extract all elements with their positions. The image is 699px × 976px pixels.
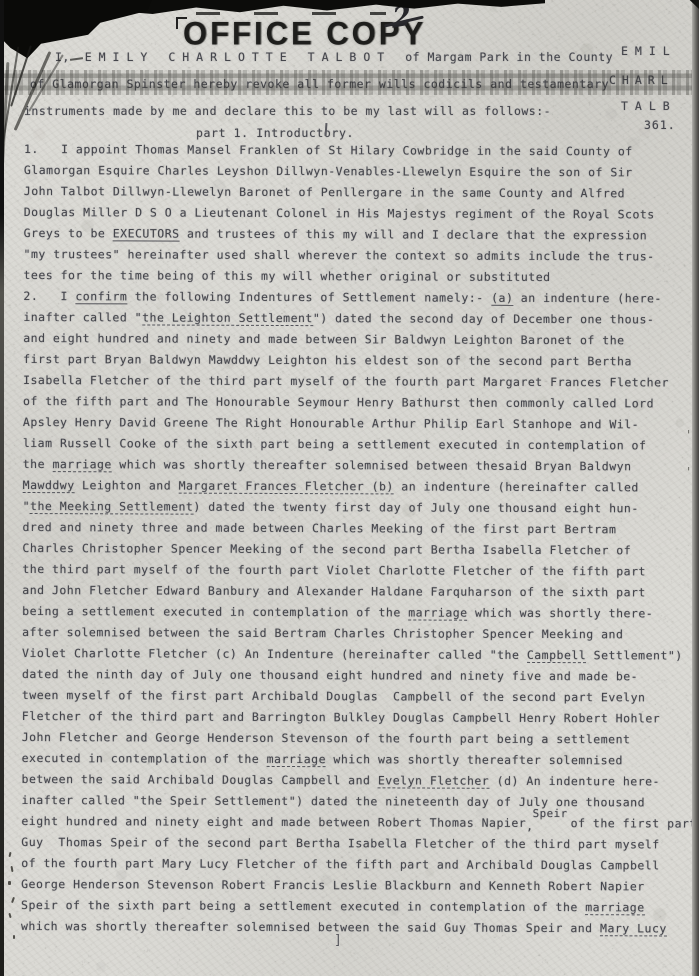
body-line: Apsley Henry David Greene The Right Hono… bbox=[23, 415, 699, 439]
body-line: first part Bryan Baldwyn Mawddwy Leighto… bbox=[23, 352, 699, 376]
testator-name-word: TALBOT bbox=[308, 50, 392, 64]
text-segment: first part Bryan Baldwyn Mawddwy Leighto… bbox=[23, 352, 632, 368]
text-segment: Violet Charlotte Fletcher (c) An Indentu… bbox=[22, 646, 527, 662]
part-1-heading: part 1. Introductory. bbox=[196, 126, 354, 140]
body-line: executed in contemplation of the marriag… bbox=[22, 751, 698, 775]
underlined-text: Campbell bbox=[527, 648, 586, 663]
body-line: "my trustees" hereinafter used shall whe… bbox=[24, 247, 699, 271]
body-line: which was shortly thereafter solemnised … bbox=[21, 919, 697, 943]
text-segment: ") dated the second day of December one … bbox=[313, 311, 655, 326]
underlined-text: Margaret Frances Fletcher (b) bbox=[179, 479, 394, 495]
text-segment: tween myself of the first part Archibald… bbox=[22, 688, 646, 704]
right-edge-scan-border bbox=[692, 0, 699, 976]
margin-tick-artifact bbox=[11, 897, 15, 903]
text-segment: "my trustees" hereinafter used shall whe… bbox=[24, 247, 655, 263]
body-line: Speir of the sixth part being a settleme… bbox=[21, 898, 697, 922]
office-copy-stamp: OFFICE COPY bbox=[183, 15, 426, 52]
margin-caption-charl: CHARL bbox=[609, 73, 674, 87]
text-segment: which was shortly thereafter solemnised … bbox=[112, 457, 632, 473]
underlined-text: the Leighton Settlement bbox=[142, 310, 313, 326]
text-segment: , bbox=[526, 819, 533, 833]
text-segment: Douglas Miller D S O a Lieutenant Colone… bbox=[24, 205, 655, 221]
text-segment: executed in contemplation of the bbox=[22, 751, 267, 766]
testator-declaration-line-2: of Glamorgan Spinster hereby revoke all … bbox=[30, 77, 609, 91]
body-line: and eight hundred and ninety and made be… bbox=[23, 331, 699, 355]
body-line: Greys to be EXECUTORS and trustees of th… bbox=[24, 226, 699, 250]
body-line: "the Meeking Settlement) dated the twent… bbox=[23, 499, 699, 523]
text-segment: between the said Archibald Douglas Campb… bbox=[22, 772, 378, 787]
underlined-text: marriage bbox=[52, 457, 111, 472]
body-line: Violet Charlotte Fletcher (c) An Indentu… bbox=[22, 646, 698, 670]
body-line: 2. I confirm the following Indentures of… bbox=[23, 289, 699, 313]
body-line: Charles Christopher Spencer Meeking of t… bbox=[22, 541, 698, 565]
body-line: tween myself of the first part Archibald… bbox=[22, 688, 698, 712]
margin-folio-number: 361. bbox=[644, 118, 676, 132]
text-segment: and eight hundred and ninety and made be… bbox=[23, 331, 624, 347]
testator-name-word: EMILY bbox=[85, 50, 155, 64]
underlined-text: marriage bbox=[585, 900, 644, 915]
underlined-text: marriage bbox=[267, 752, 326, 767]
bottom-bracket-mark: ] bbox=[334, 933, 342, 948]
body-line: Isabella Fletcher of the third part myse… bbox=[23, 373, 699, 397]
underlined-text: Mary Lucy bbox=[600, 921, 667, 936]
text-segment: Speir of the sixth part being a settleme… bbox=[21, 898, 585, 914]
testator-residence: of Margam Park in the County bbox=[405, 50, 613, 64]
text-segment: George Henderson Stevenson Robert Franci… bbox=[21, 877, 645, 893]
margin-caption-emil: EMIL bbox=[621, 44, 677, 58]
body-line: Guy Thomas Speir of the second part Bert… bbox=[21, 835, 697, 859]
margin-tick-artifact bbox=[8, 852, 11, 857]
text-segment: ) dated the twenty first day of July one… bbox=[193, 500, 638, 516]
underlined-text: the Meeking Settlement bbox=[30, 499, 193, 515]
text-segment: Settlement") bbox=[586, 648, 683, 662]
testator-declaration-line-1: I, EMILYCHARLOTTETALBOTof Margam Park in… bbox=[55, 50, 613, 64]
body-line: after solemnised between the said Bertra… bbox=[22, 625, 698, 649]
text-segment: liam Russell Cooke of the sixth part bei… bbox=[23, 436, 647, 452]
text-segment: dred and ninety three and made between C… bbox=[22, 520, 616, 536]
text-segment: Apsley Henry David Greene The Right Hono… bbox=[23, 415, 639, 431]
text-segment: tees for the time being of this my will … bbox=[23, 268, 550, 284]
body-line: Fletcher of the third part and Barringto… bbox=[22, 709, 698, 733]
body-line: Mawddwy Leighton and Margaret Frances Fl… bbox=[23, 478, 699, 502]
body-line: dred and ninety three and made between C… bbox=[22, 520, 698, 544]
text-segment: Fletcher of the third part and Barringto… bbox=[22, 709, 660, 725]
margin-tick-artifact bbox=[10, 866, 13, 872]
text-segment: Isabella Fletcher of the third part myse… bbox=[23, 373, 669, 389]
text-segment: and trustees of this my will and I decla… bbox=[180, 227, 648, 243]
text-segment: which was shortly thereafter solemnised bbox=[326, 752, 623, 767]
underlined-text: confirm bbox=[75, 289, 127, 304]
underlined-text: Evelyn Fletcher bbox=[378, 773, 489, 788]
text-segment: of the first part bbox=[571, 816, 697, 830]
text-segment: Guy Thomas Speir of the second part Bert… bbox=[21, 835, 659, 851]
text-segment: John Talbot Dillwyn-Llewelyn Baronet of … bbox=[24, 184, 625, 200]
body-line: John Talbot Dillwyn-Llewelyn Baronet of … bbox=[24, 184, 699, 208]
text-segment: dated the ninth day of July one thousand… bbox=[22, 667, 638, 683]
body-line: inafter called "the Speir Settlement") d… bbox=[21, 793, 697, 817]
body-line: eight hundred and ninety eight and made … bbox=[21, 814, 697, 838]
underlined-text: Mawddwy bbox=[23, 478, 75, 493]
crease-streak-artifact bbox=[14, 51, 52, 131]
body-line: 1. I appoint Thomas Mansel Franklen of S… bbox=[24, 142, 699, 166]
underlined-text: EXECUTORS bbox=[113, 226, 180, 241]
scanned-will-page: OFFICE COPY 2 I, EMILYCHARLOTTETALBOTof … bbox=[0, 0, 699, 976]
text-segment: the following Indentures of Settlement n… bbox=[127, 289, 491, 304]
text-segment: and John Fletcher Edward Banbury and Ale… bbox=[22, 583, 646, 599]
text-segment: 2. I bbox=[23, 289, 75, 303]
margin-tick-artifact bbox=[13, 935, 15, 939]
text-segment: an indenture (here- bbox=[513, 291, 662, 306]
text-segment: of the fifth part and The Honourable Sey… bbox=[23, 394, 654, 410]
text-segment: being a settlement executed in contempla… bbox=[22, 604, 408, 619]
body-line: Glamorgan Esquire Charles Leyshon Dillwy… bbox=[24, 163, 699, 187]
text-segment: an indenture (hereinafter called bbox=[394, 479, 639, 494]
text-segment: Leighton and bbox=[75, 478, 179, 492]
body-line: Douglas Miller D S O a Lieutenant Colone… bbox=[24, 205, 699, 229]
body-line: tees for the time being of this my will … bbox=[23, 268, 699, 292]
testator-declaration-line-3: instruments made by me and declare this … bbox=[24, 104, 551, 118]
text-segment: Glamorgan Esquire Charles Leyshon Dillwy… bbox=[24, 163, 633, 179]
testator-name-word: CHARLOTTE bbox=[168, 50, 293, 64]
text-segment: eight hundred and ninety eight and made … bbox=[21, 814, 526, 830]
text-segment: after solemnised between the said Bertra… bbox=[22, 625, 623, 641]
body-line: and John Fletcher Edward Banbury and Ale… bbox=[22, 583, 698, 607]
text-segment: which was shortly there- bbox=[468, 606, 654, 621]
body-line: dated the ninth day of July one thousand… bbox=[22, 667, 698, 691]
margin-caption-talb: TALB bbox=[621, 99, 677, 113]
text-segment: Greys to be bbox=[24, 226, 113, 240]
body-line: of the fifth part and The Honourable Sey… bbox=[23, 394, 699, 418]
body-line: of the fourth part Mary Lucy Fletcher of… bbox=[21, 856, 697, 880]
will-body-text: 1. I appoint Thomas Mansel Franklen of S… bbox=[21, 142, 699, 943]
body-line: George Henderson Stevenson Robert Franci… bbox=[21, 877, 697, 901]
text-segment: 1. I appoint Thomas Mansel Franklen of S… bbox=[24, 142, 633, 158]
body-line: the third part myself of the fourth part… bbox=[22, 562, 698, 586]
text-segment: Charles Christopher Spencer Meeking of t… bbox=[22, 541, 631, 557]
underlined-text: marriage bbox=[408, 605, 467, 620]
body-line: the marriage which was shortly thereafte… bbox=[23, 457, 699, 481]
body-line: inafter called "the Leighton Settlement"… bbox=[23, 310, 699, 334]
text-segment: John Fletcher and George Henderson Steve… bbox=[22, 730, 631, 746]
body-line: John Fletcher and George Henderson Steve… bbox=[22, 730, 698, 754]
body-line: liam Russell Cooke of the sixth part bei… bbox=[23, 436, 699, 460]
text-segment: the third part myself of the fourth part… bbox=[22, 562, 646, 578]
margin-tick-artifact bbox=[8, 913, 11, 918]
underlined-text: (a) bbox=[491, 291, 513, 306]
text-segment: which was shortly thereafter solemnised … bbox=[21, 919, 600, 935]
margin-tick-artifact bbox=[8, 881, 11, 885]
body-line: being a settlement executed in contempla… bbox=[22, 604, 698, 628]
left-edge-scan-border bbox=[0, 0, 4, 976]
interlinear-insertion: Speir bbox=[533, 807, 568, 820]
text-segment: (d) An indenture here- bbox=[489, 774, 660, 789]
text-segment: inafter called " bbox=[23, 310, 142, 324]
body-line: between the said Archibald Douglas Campb… bbox=[22, 772, 698, 796]
text-segment: the bbox=[23, 457, 53, 471]
text-segment: of the fourth part Mary Lucy Fletcher of… bbox=[21, 856, 659, 872]
